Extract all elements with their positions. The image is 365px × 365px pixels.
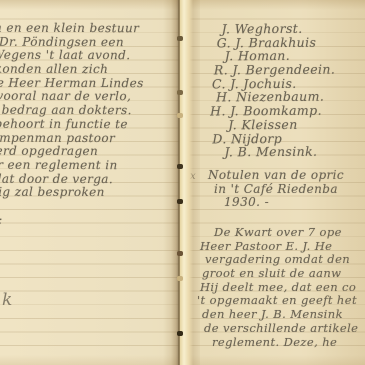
stitch-dot — [177, 251, 183, 256]
stitch-dot — [177, 164, 183, 169]
stitch-dot — [177, 90, 183, 95]
notebook-photo: ggen en een klein bestuur met Dr. Pöndin… — [0, 0, 365, 365]
notebook-spine — [163, 0, 200, 365]
stray-pen-mark: k — [2, 290, 12, 310]
stitch-dot — [177, 36, 183, 41]
spine-crease — [178, 0, 180, 365]
page-edge-shading — [305, 0, 365, 365]
stitch-dot — [177, 199, 183, 204]
stitch-dot — [177, 113, 183, 118]
stitch-dot — [177, 276, 183, 281]
stitch-dot — [177, 331, 183, 336]
